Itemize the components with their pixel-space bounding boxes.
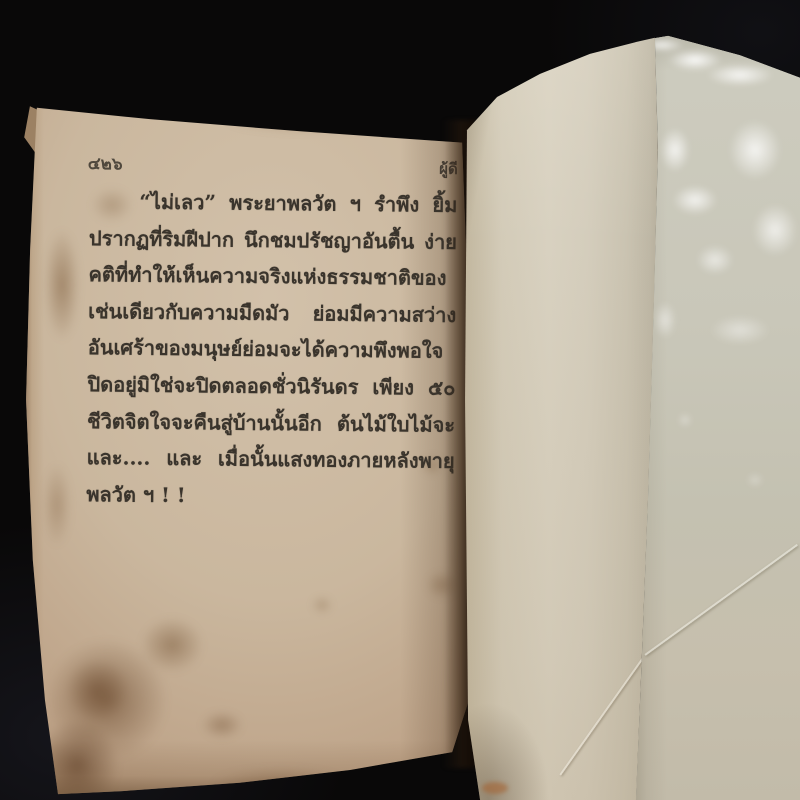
text-line-6: ปิดอยู่มิใช่จะปิดตลอดชั่วนิรันดร เพียง ๕… [87,366,455,406]
page-content: ๔๒๖ ผู้ดี “ไม่เลว” พระยาพลวัต ฯ รำพึง ยิ… [86,151,458,516]
page-header: ๔๒๖ ผู้ดี [90,151,458,181]
left-page: ๔๒๖ ผู้ดี “ไม่เลว” พระยาพลวัต ฯ รำพึง ยิ… [22,85,472,797]
text-line-2: ปรากฏที่ริมฝีปาก นึกชมปรัชญาอันตื้น ง่าย… [89,220,457,260]
right-page-rust-stain [482,782,508,794]
text-line-4: เช่นเดียวกับความมืดมัว ย่อมมีความสว่างแจ… [88,293,456,333]
text-line-7: ชีวิตจิตใจจะคืนสู่บ้านนั้นอีก ต้นไม้ใบไม… [87,403,455,443]
book-photo: ๔๒๖ ผู้ดี “ไม่เลว” พระยาพลวัต ฯ รำพึง ยิ… [0,0,800,800]
right-page-shade [450,30,665,800]
text-line-3: คติที่ทำให้เห็นความจริงแห่งธรรมชาติของโล… [88,256,456,296]
body-text: “ไม่เลว” พระยาพลวัต ฯ รำพึง ยิ้มอย่างเบื… [86,183,457,516]
text-line-5: อันเศร้าของมนุษย์ย่อมจะได้ความพึงพอใจเบ็… [88,329,456,369]
text-line-8: และ.... และ เมื่อนั้นแสงทองภายหลังพายุฝน… [87,439,455,479]
text-line-1: “ไม่เลว” พระยาพลวัต ฯ รำพึง ยิ้มอย่างเบื… [89,183,457,223]
text-line-9: พลวัต ฯ ! ! [86,476,454,516]
page-number: ๔๒๖ [88,150,123,177]
right-blank-page [450,30,665,800]
